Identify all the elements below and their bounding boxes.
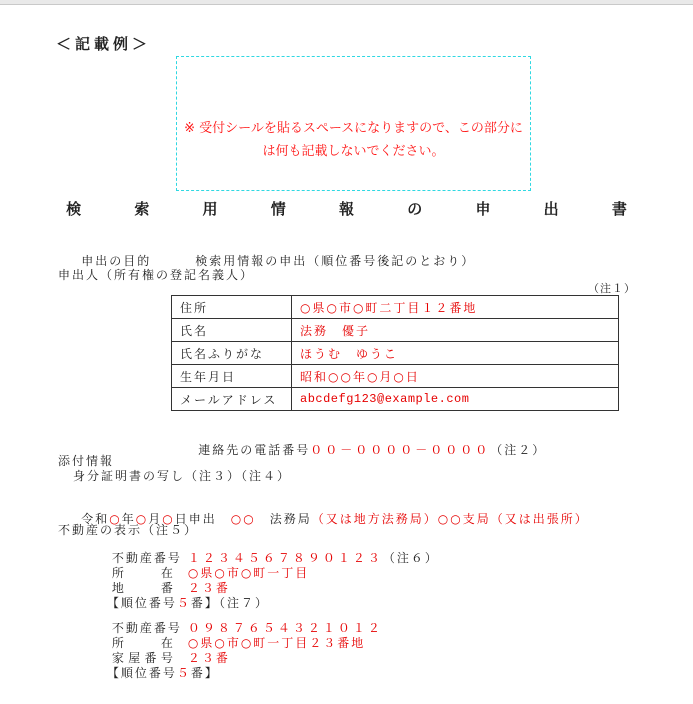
document-page: ＜記載例＞ ※ 受付シールを貼るスペースになりますので、この部分に は何も記載し… bbox=[0, 0, 693, 704]
cell-label: 生年月日 bbox=[172, 365, 292, 388]
example-heading: ＜記載例＞ bbox=[56, 33, 151, 54]
property-location-value: ○県○市○町一丁目２３番地 bbox=[188, 636, 365, 650]
bureau-label: 法務局 bbox=[256, 512, 312, 526]
note-6: （注６） bbox=[383, 551, 439, 565]
attachment-item: 身分証明書の写し（注３）（注４） bbox=[73, 467, 291, 484]
applicant-table: 住所 ○県○市○町二丁目１２番地 氏名 法務 優子 氏名ふりがな ほうむ ゆうこ… bbox=[171, 295, 619, 411]
table-row: 生年月日 昭和○○年○月○日 bbox=[172, 365, 619, 388]
property-number-value: ０９８７６５４３２１０１２ bbox=[188, 621, 383, 635]
bureau-placeholder: ○○ bbox=[231, 512, 256, 526]
cell-value: 法務 優子 bbox=[292, 319, 619, 342]
property-number-label: 不動産番号 bbox=[112, 621, 175, 636]
phone-line: 連絡先の電話番号００－００００－００００（注２） bbox=[175, 427, 546, 472]
table-row: 氏名ふりがな ほうむ ゆうこ bbox=[172, 342, 619, 365]
cell-label: メールアドレス bbox=[172, 388, 292, 411]
table-row: 住所 ○県○市○町二丁目１２番地 bbox=[172, 296, 619, 319]
window-top-edge bbox=[0, 0, 693, 5]
seal-space-box: ※ 受付シールを貼るスペースになりますので、この部分に は何も記載しないでくださ… bbox=[176, 56, 531, 191]
property-number-line: 不動産番号１２３４５６７８９０１２３（注６） bbox=[77, 536, 439, 551]
property-location-value: ○県○市○町一丁目 bbox=[188, 566, 309, 580]
cell-value: ○県○市○町二丁目１２番地 bbox=[292, 296, 619, 319]
property-block-1: 不動産番号１２３４５６７８９０１２３（注６） 所在○県○市○町一丁目 地番２３番… bbox=[77, 536, 439, 596]
property-building-label: 家屋番号 bbox=[112, 651, 175, 666]
cell-value: ほうむ ゆうこ bbox=[292, 342, 619, 365]
property-number-label: 不動産番号 bbox=[112, 551, 175, 566]
cell-label: 住所 bbox=[172, 296, 292, 319]
table-row: メールアドレス abcdefg123@example.com bbox=[172, 388, 619, 411]
property-block-2: 不動産番号０９８７６５４３２１０１２ 所在○県○市○町一丁目２３番地 家屋番号２… bbox=[77, 606, 383, 666]
phone-label: 連絡先の電話番号 bbox=[198, 443, 310, 457]
property-number-line: 不動産番号０９８７６５４３２１０１２ bbox=[77, 606, 383, 621]
cell-label: 氏名ふりがな bbox=[172, 342, 292, 365]
applicant-heading: 申出人（所有権の登記名義人） bbox=[58, 266, 254, 283]
phone-note: （注２） bbox=[490, 443, 546, 457]
property-location-label: 所在 bbox=[112, 636, 175, 651]
property-building-value: ２３番 bbox=[188, 651, 230, 665]
rank-prefix: 【順位番号 bbox=[107, 666, 177, 680]
rank-suffix: 番】 bbox=[191, 666, 219, 680]
property-location-label: 所在 bbox=[112, 566, 175, 581]
cell-value: 昭和○○年○月○日 bbox=[292, 365, 619, 388]
cell-value-email: abcdefg123@example.com bbox=[292, 388, 619, 411]
property-lot-value: ２３番 bbox=[188, 581, 230, 595]
document-title: 検 索 用 情 報 の 申 出 書 bbox=[0, 198, 693, 219]
bureau-alt: （又は地方法務局） bbox=[312, 512, 438, 526]
property-lot-label: 地番 bbox=[112, 581, 175, 596]
branch-label: ○○支局（又は出張所） bbox=[438, 512, 589, 526]
seal-note-line2: は何も記載しないでください。 bbox=[262, 141, 444, 163]
phone-number: ００－００００－００００ bbox=[310, 443, 490, 457]
table-row: 氏名 法務 優子 bbox=[172, 319, 619, 342]
cell-label: 氏名 bbox=[172, 319, 292, 342]
seal-note-line1: ※ 受付シールを貼るスペースになりますので、この部分に bbox=[184, 118, 523, 140]
property-number-value: １２３４５６７８９０１２３ bbox=[188, 551, 383, 565]
rank-number: ５ bbox=[177, 666, 191, 680]
note-1: （注１） bbox=[588, 280, 636, 296]
